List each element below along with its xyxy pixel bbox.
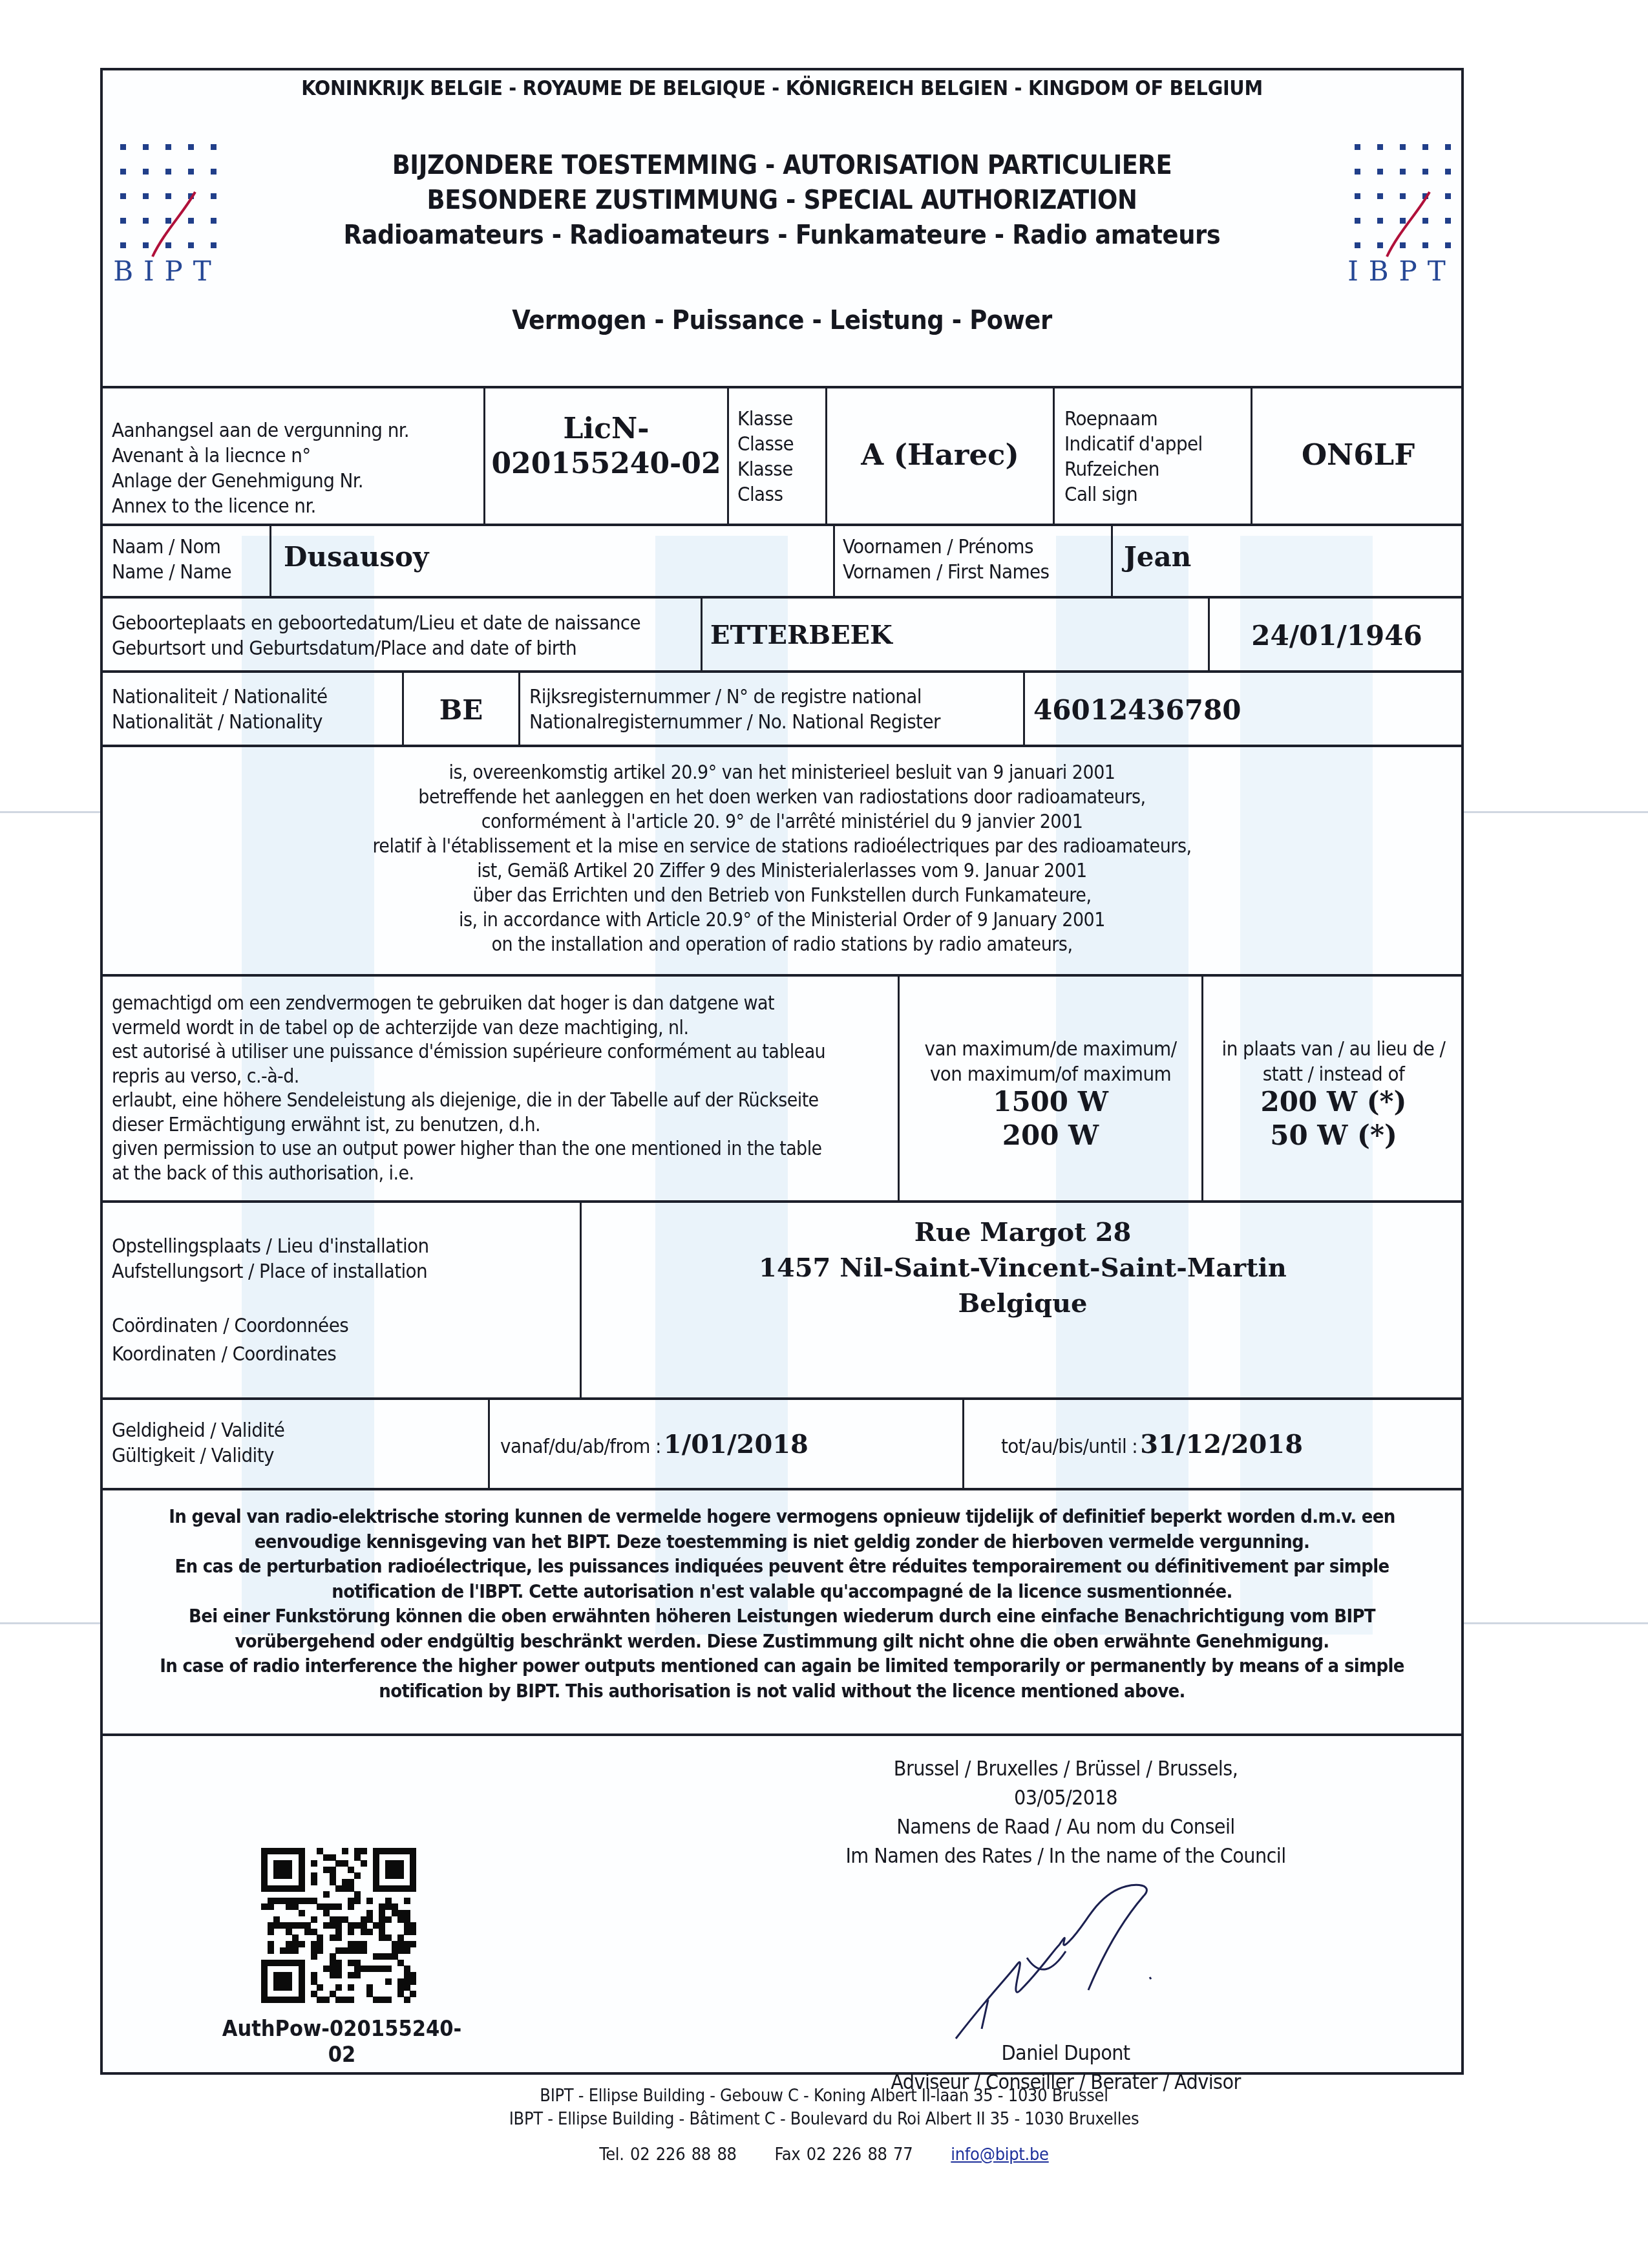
instead-of-label: in plaats van / au lieu de /statt / inst… xyxy=(1203,1037,1464,1087)
surname-value: Dusausoy xyxy=(284,541,428,573)
birth-date: 24/01/1946 xyxy=(1210,620,1464,652)
max-power-values: 1500 W200 W xyxy=(900,1085,1201,1152)
title-line-3: Radioamateurs - Radioamateurs - Funkamat… xyxy=(103,219,1461,250)
class-value: A (Harec) xyxy=(827,438,1053,472)
max-power-label: van maximum/de maximum/von maximum/of ma… xyxy=(900,1037,1201,1087)
firstname-value: Jean xyxy=(1124,541,1191,573)
address-fr: IBPT - Ellipse Building - Bâtiment C - B… xyxy=(0,2108,1648,2131)
qr-code xyxy=(261,1848,416,2003)
installation-place-label: Opstellingsplaats / Lieu d'installationA… xyxy=(112,1234,429,1284)
logo-left-text: BIPT xyxy=(112,255,222,287)
legal-basis-text: is, overeenkomstig artikel 20.9° van het… xyxy=(103,761,1461,957)
name-label: Naam / NomName / Name xyxy=(112,535,231,585)
register-value: 46012436780 xyxy=(1033,694,1241,726)
signature-block: Brussel / Bruxelles / Brüssel / Brussels… xyxy=(775,1754,1357,1871)
council-line-2: Im Namen des Rates / In the name of the … xyxy=(775,1841,1357,1871)
fax-number: Fax 02 226 88 77 xyxy=(775,2145,913,2165)
validity-label: Geldigheid / ValiditéGültigkeit / Validi… xyxy=(112,1418,284,1468)
licence-number: LicN-020155240-02 xyxy=(485,412,727,482)
valid-from-label: vanaf/du/ab/from : xyxy=(500,1435,661,1458)
class-label: KlasseClasse KlasseClass xyxy=(737,407,821,507)
callsign-value: ON6LF xyxy=(1252,438,1464,472)
birth-label: Geboorteplaats en geboortedatum/Lieu et … xyxy=(112,611,640,661)
interference-notice: In geval van radio-elektrische storing k… xyxy=(105,1504,1459,1703)
logo-right-text: IBPT xyxy=(1347,255,1457,287)
handwritten-signature-icon xyxy=(949,1880,1221,2048)
footer-contact: Tel. 02 226 88 88 Fax 02 226 88 77 info@… xyxy=(0,2143,1648,2167)
email-link[interactable]: info@bipt.be xyxy=(951,2145,1048,2165)
birth-place: ETTERBEEK xyxy=(710,620,893,650)
authorization-document: KONINKRIJK BELGIE - ROYAUME DE BELGIQUE … xyxy=(100,68,1464,2075)
signing-place: Brussel / Bruxelles / Brüssel / Brussels… xyxy=(775,1754,1357,1783)
signing-date: 03/05/2018 xyxy=(775,1783,1357,1812)
nationality-label: Nationaliteit / NationalitéNationalität … xyxy=(112,684,328,735)
valid-until-label: tot/au/bis/until : xyxy=(1001,1435,1137,1458)
phone-number: Tel. 02 226 88 88 xyxy=(599,2145,736,2165)
footer-address: BIPT - Ellipse Building - Gebouw C - Kon… xyxy=(0,2084,1648,2131)
instead-of-values: 200 W (*)50 W (*) xyxy=(1203,1085,1464,1152)
nationality-value: BE xyxy=(404,694,518,726)
annex-label: Aanhangsel aan de vergunning nr.Avenant … xyxy=(112,418,480,519)
valid-until: tot/au/bis/until : 31/12/2018 xyxy=(1001,1429,1303,1459)
valid-from: vanaf/du/ab/from : 1/01/2018 xyxy=(500,1429,808,1459)
valid-until-value: 31/12/2018 xyxy=(1140,1429,1303,1459)
firstname-label: Voornamen / PrénomsVornamen / First Name… xyxy=(843,535,1049,585)
kingdom-title: KONINKRIJK BELGIE - ROYAUME DE BELGIQUE … xyxy=(103,76,1461,100)
address-nl: BIPT - Ellipse Building - Gebouw C - Kon… xyxy=(0,2084,1648,2108)
callsign-label: RoepnaamIndicatif d'appel RufzeichenCall… xyxy=(1064,407,1249,507)
register-label: Rijksregisternummer / N° de registre nat… xyxy=(529,684,940,735)
installation-address: Rue Margot 281457 Nil-Saint-Vincent-Sain… xyxy=(582,1214,1464,1321)
valid-from-value: 1/01/2018 xyxy=(664,1429,808,1459)
coordinates-label: Coördinaten / CoordonnéesKoordinaten / C… xyxy=(112,1311,348,1368)
title-line-1: BIJZONDERE TOESTEMMING - AUTORISATION PA… xyxy=(103,149,1461,180)
document-subtitle: Vermogen - Puissance - Leistung - Power xyxy=(103,304,1461,335)
qr-caption: AuthPow-020155240-02 xyxy=(213,2016,471,2068)
council-line-1: Namens de Raad / Au nom du Conseil xyxy=(775,1812,1357,1841)
signer-name: Daniel Dupont xyxy=(775,2039,1357,2068)
title-line-2: BESONDERE ZUSTIMMUNG - SPECIAL AUTHORIZA… xyxy=(103,184,1461,215)
permission-text: gemachtigd om een zendvermogen te gebrui… xyxy=(112,991,894,1185)
